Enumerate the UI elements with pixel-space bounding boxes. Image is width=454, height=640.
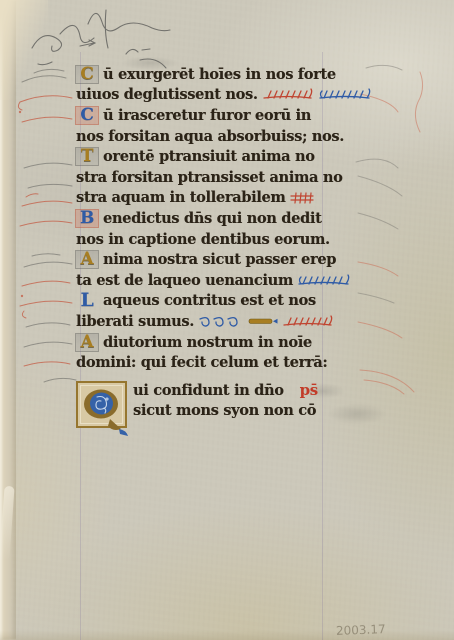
verse-text: enedictus dn̄s qui non dedit xyxy=(103,210,321,227)
verse-text: nos forsitan aqua absorbuiss; nos. xyxy=(76,128,344,145)
penwork-flourish-left-margin xyxy=(14,60,78,440)
text-line: nos in captione dentibus eorum. xyxy=(76,229,386,250)
text-line: Cū exurgerēt hoīes in nos forte xyxy=(76,64,386,85)
verse-text: ui confidunt in dn̄o xyxy=(133,382,284,399)
line-filler-red-comb xyxy=(282,315,334,328)
line-filler-gold-bar xyxy=(248,316,278,326)
verse-text: nima nostra sicut passer erep xyxy=(103,251,336,268)
text-line: Cū irasceretur furor eorū in xyxy=(76,105,386,126)
text-line: Torentē ptransiuit anima no xyxy=(76,146,386,167)
text-line: ta est de laqueo uenancium xyxy=(76,270,386,291)
verse-text: nos in captione dentibus eorum. xyxy=(76,231,330,248)
text-line: Anima nostra sicut passer erep xyxy=(76,249,386,270)
verse-initial: C xyxy=(76,66,98,83)
text-line: uiuos deglutissent nos. xyxy=(76,85,386,106)
illuminated-initial-q xyxy=(76,381,128,439)
text-line: nos forsitan aqua absorbuiss; nos. xyxy=(76,126,386,147)
text-line: liberati sumus. xyxy=(76,311,386,332)
text-line: stra forsitan ptransisset anima no xyxy=(76,167,386,188)
text-line: Laqueus contritus est et nos xyxy=(76,291,386,312)
text-line: Benedictus dn̄s qui non dedit xyxy=(76,208,386,229)
text-line: domini: qui fecit celum et terrā: xyxy=(76,352,386,373)
verse-text: aqueus contritus est et nos xyxy=(103,292,316,309)
verse-text: stra aquam in tollerabilem xyxy=(76,189,285,206)
verse-text: stra forsitan ptransisset anima no xyxy=(76,169,342,186)
verse-initial: A xyxy=(76,334,98,351)
text-line: Adiutorium nostrum in noīe xyxy=(76,332,386,353)
line-filler-blue-comb xyxy=(318,88,372,101)
verse-text: diutorium nostrum in noīe xyxy=(103,334,312,351)
verse-text: liberati sumus. xyxy=(76,313,194,330)
verse-initial: B xyxy=(76,210,98,227)
verse-text: sicut mons syon non cō xyxy=(133,402,316,419)
text-line: stra aquam in tollerabilem xyxy=(76,188,386,209)
verse-text: ū irasceretur furor eorū in xyxy=(103,107,311,124)
verse-initial: L xyxy=(76,292,98,309)
verse-initial: T xyxy=(76,148,98,165)
verse-text: orentē ptransiuit anima no xyxy=(103,148,315,165)
verse-initial: C xyxy=(76,107,98,124)
psalm-marker: ps̄ xyxy=(300,381,318,399)
verse-text: ū exurgerēt hoīes in nos forte xyxy=(103,66,336,83)
line-filler-red-comb xyxy=(262,88,314,101)
verse-text: domini: qui fecit celum et terrā: xyxy=(76,354,327,371)
verse-text: uiuos deglutissent nos. xyxy=(76,86,258,103)
line-filler-red-hash xyxy=(289,191,315,205)
manuscript-photo: Cū exurgerēt hoīes in nos forteuiuos deg… xyxy=(0,0,454,640)
line-filler-blue-comb xyxy=(297,274,351,287)
text-block: Cū exurgerēt hoīes in nos forteuiuos deg… xyxy=(76,64,386,421)
verse-text: ta est de laqueo uenancium xyxy=(76,272,293,289)
page-bottom-edge xyxy=(0,630,454,640)
accession-inscription: 2003.17 xyxy=(336,622,386,638)
verse-initial: A xyxy=(76,251,98,268)
line-filler-blue-scrolls xyxy=(198,315,244,328)
